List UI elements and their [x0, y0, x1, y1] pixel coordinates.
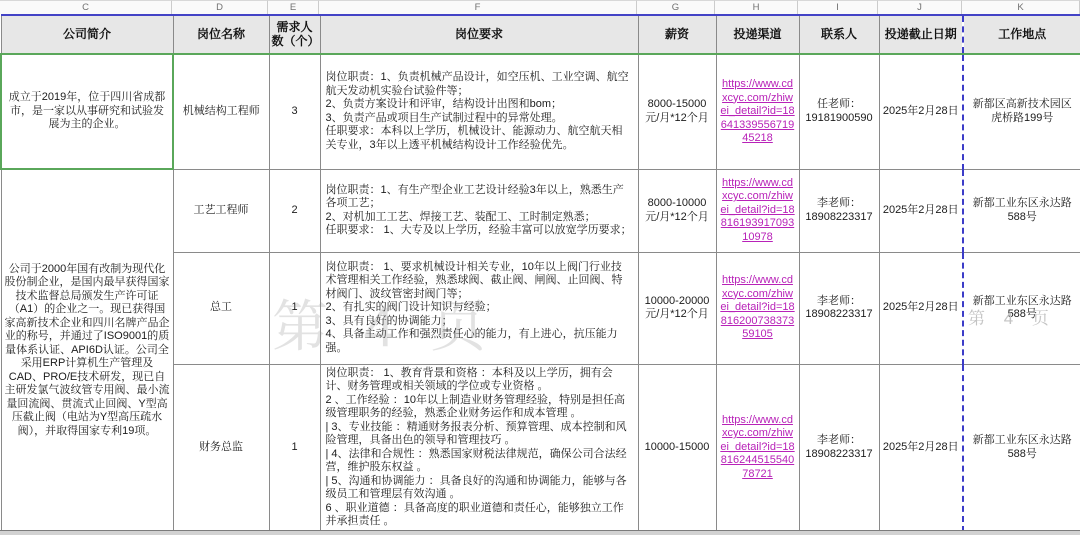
headcount-cell[interactable]: 1: [269, 364, 320, 531]
table-row: 公司于2000年国有改制为现代化股份制企业，是国内最早获得国家技术监督总局颁发生…: [1, 169, 1080, 252]
header-position[interactable]: 岗位名称: [173, 15, 269, 54]
header-row: 公司简介 岗位名称 需求人数（个） 岗位要求 薪资 投递渠道 联系人 投递截止日…: [1, 15, 1080, 54]
company-intro-cell[interactable]: 成立于2019年，位于四川省成都市，是一家以从事研究和试验发展为主的企业。: [1, 54, 173, 169]
header-salary[interactable]: 薪资: [638, 15, 716, 54]
location-cell[interactable]: 新都工业东区永达路588号: [963, 252, 1080, 364]
location-cell[interactable]: 新都工业东区永达路588号: [963, 364, 1080, 531]
location-cell[interactable]: 新都区高新技术园区虎桥路199号: [963, 54, 1080, 169]
deadline-cell[interactable]: 2025年2月28日: [879, 364, 963, 531]
header-requirements[interactable]: 岗位要求: [320, 15, 638, 54]
contact-cell[interactable]: 李老师： 18908223317: [799, 252, 879, 364]
channel-cell[interactable]: https://www.cdxcyc.com/zhiwei_detail?id=…: [716, 169, 799, 252]
column-letter-c[interactable]: C: [0, 0, 172, 14]
job-link[interactable]: https://www.cdxcyc.com/zhiwei_detail?id=…: [720, 177, 796, 245]
column-letter-f[interactable]: F: [319, 0, 637, 14]
headcount-cell[interactable]: 2: [269, 169, 320, 252]
salary-cell[interactable]: 8000-10000元/月*12个月: [638, 169, 716, 252]
channel-cell[interactable]: https://www.cdxcyc.com/zhiwei_detail?id=…: [716, 54, 799, 169]
jobs-table: 公司简介 岗位名称 需求人数（个） 岗位要求 薪资 投递渠道 联系人 投递截止日…: [0, 14, 1080, 532]
column-letter-e[interactable]: E: [268, 0, 319, 14]
location-cell[interactable]: 新都工业东区永达路588号: [963, 169, 1080, 252]
header-channel[interactable]: 投递渠道: [716, 15, 799, 54]
job-link[interactable]: https://www.cdxcyc.com/zhiwei_detail?id=…: [720, 78, 796, 146]
column-letter-strip: C D E F G H I J K: [0, 0, 1080, 14]
deadline-cell[interactable]: 2025年2月28日: [879, 169, 963, 252]
header-headcount[interactable]: 需求人数（个）: [269, 15, 320, 54]
position-cell[interactable]: 机械结构工程师: [173, 54, 269, 169]
company-intro-cell[interactable]: 公司于2000年国有改制为现代化股份制企业，是国内最早获得国家技术监督总局颁发生…: [1, 169, 173, 531]
header-company[interactable]: 公司简介: [1, 15, 173, 54]
sheet-bottom-edge: [0, 530, 1080, 535]
column-letter-k[interactable]: K: [962, 0, 1080, 14]
position-cell[interactable]: 财务总监: [173, 364, 269, 531]
salary-cell[interactable]: 10000-15000: [638, 364, 716, 531]
header-contact[interactable]: 联系人: [799, 15, 879, 54]
column-letter-h[interactable]: H: [715, 0, 798, 14]
salary-cell[interactable]: 10000-20000元/月*12个月: [638, 252, 716, 364]
column-letter-g[interactable]: G: [637, 0, 715, 14]
headcount-cell[interactable]: 1: [269, 252, 320, 364]
header-deadline[interactable]: 投递截止日期: [879, 15, 963, 54]
column-letter-d[interactable]: D: [172, 0, 268, 14]
position-cell[interactable]: 总工: [173, 252, 269, 364]
headcount-cell[interactable]: 3: [269, 54, 320, 169]
requirements-cell[interactable]: 岗位职责：1、负责机械产品设计，如空压机、工业空调、航空航天发动机实验台试验件等…: [320, 54, 638, 169]
header-location[interactable]: 工作地点: [963, 15, 1080, 54]
spreadsheet-view: C D E F G H I J K 公司简介 岗位名称 需求人数（个） 岗位要求…: [0, 0, 1080, 535]
contact-cell[interactable]: 任老师： 19181900590: [799, 54, 879, 169]
table-row: 成立于2019年，位于四川省成都市，是一家以从事研究和试验发展为主的企业。 机械…: [1, 54, 1080, 169]
position-cell[interactable]: 工艺工程师: [173, 169, 269, 252]
channel-cell[interactable]: https://www.cdxcyc.com/zhiwei_detail?id=…: [716, 364, 799, 531]
column-letter-i[interactable]: I: [798, 0, 878, 14]
deadline-cell[interactable]: 2025年2月28日: [879, 54, 963, 169]
salary-cell[interactable]: 8000-15000元/月*12个月: [638, 54, 716, 169]
requirements-cell[interactable]: 岗位职责： 1、教育背景和资格 ：本科及以上学历，拥有会计、财务管理或相关领域的…: [320, 364, 638, 531]
requirements-cell[interactable]: 岗位职责： 1、要求机械设计相关专业，10年以上阀门行业技术管理相关工作经验，熟…: [320, 252, 638, 364]
contact-cell[interactable]: 李老师： 18908223317: [799, 169, 879, 252]
job-link[interactable]: https://www.cdxcyc.com/zhiwei_detail?id=…: [720, 414, 796, 482]
requirements-cell[interactable]: 岗位职责：1、有生产型企业工艺设计经验3年以上，熟悉生产各项工艺； 2、对机加工…: [320, 169, 638, 252]
channel-cell[interactable]: https://www.cdxcyc.com/zhiwei_detail?id=…: [716, 252, 799, 364]
column-letter-j[interactable]: J: [878, 0, 962, 14]
contact-cell[interactable]: 李老师： 18908223317: [799, 364, 879, 531]
deadline-cell[interactable]: 2025年2月28日: [879, 252, 963, 364]
job-link[interactable]: https://www.cdxcyc.com/zhiwei_detail?id=…: [720, 274, 796, 342]
